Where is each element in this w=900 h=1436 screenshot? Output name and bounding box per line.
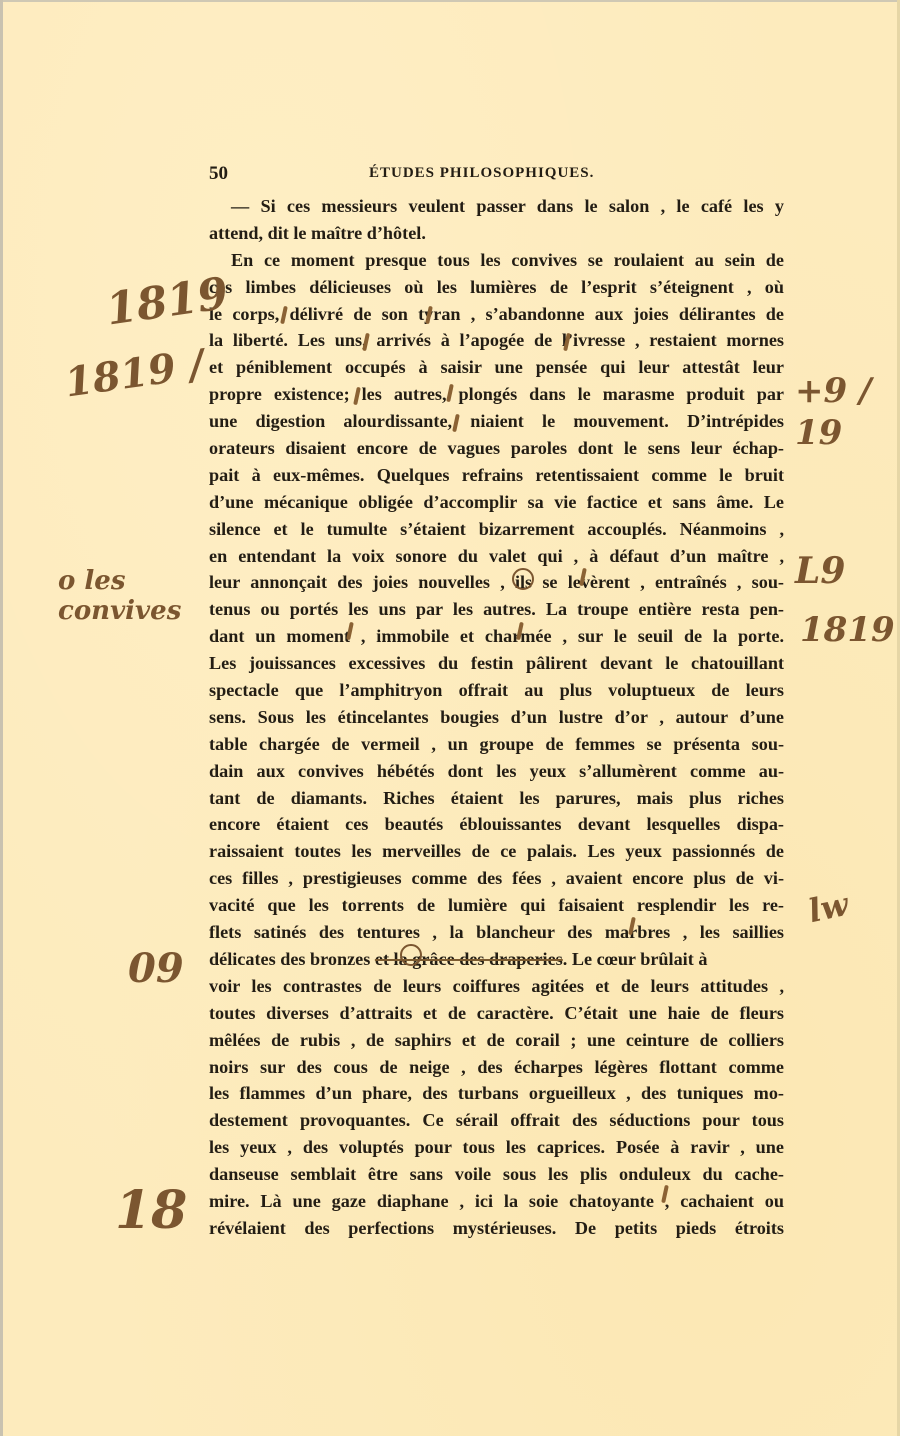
text-line: les flammes d’un phare, des turbans orgu… [209, 1080, 784, 1107]
text-line: flets satinés des tentures , la blancheu… [209, 919, 784, 946]
text-line: les yeux , des voluptés pour tous les ca… [209, 1134, 784, 1161]
text-line: orateurs disaient encore de vagues parol… [209, 435, 784, 462]
text-line: tant de diamants. Riches étaient les par… [209, 785, 784, 812]
margin-note-left: 09 [128, 945, 184, 992]
text-line: spectacle que l’amphitryon offrait au pl… [209, 677, 784, 704]
text-line: d’une mécanique obligée d’accomplir sa v… [209, 489, 784, 516]
text-line: leur annonçait des joies nouvelles , ils… [209, 569, 784, 596]
margin-note-left: 1819 / [62, 341, 207, 407]
margin-note-left: o les convives [58, 566, 188, 626]
text-line: tenus ou portés les uns par les autres. … [209, 596, 784, 623]
margin-note-right: 1819 [800, 610, 895, 650]
text-line: table chargée de vermeil , un groupe de … [209, 731, 784, 758]
text-line: vacité que les torrents de lumière qui f… [209, 892, 784, 919]
margin-note-right: +9 / 19 [795, 370, 875, 454]
text-line: — Si ces messieurs veulent passer dans l… [209, 193, 784, 220]
page-header: 50 ÉTUDES PHILOSOPHIQUES. [209, 163, 784, 189]
text-line: danseuse semblait être sans voile sous l… [209, 1161, 784, 1188]
text-line: destement provoquantes. Ce sérail offrai… [209, 1107, 784, 1134]
text-line: pait à eux-mêmes. Quelques refrains rete… [209, 462, 784, 489]
text-line: noirs sur des cous de neige , des écharp… [209, 1054, 784, 1081]
text-line: ces filles , prestigieuses comme des fée… [209, 865, 784, 892]
margin-note-right: L9 [795, 550, 845, 592]
text-line: mêlées de rubis , de saphirs et de corai… [209, 1027, 784, 1054]
body-text: — Si ces messieurs veulent passer dans l… [209, 193, 784, 1242]
text-line: voir les contrastes de leurs coiffures a… [209, 973, 784, 1000]
text-line: encore étaient ces beautés éblouissantes… [209, 811, 784, 838]
text-line: la liberté. Les uns, arrivés à l’apogée … [209, 327, 784, 354]
text-line: silence et le tumulte s’étaient bizarrem… [209, 516, 784, 543]
page-number: 50 [209, 163, 228, 185]
text-line: le corps, délivré de son tyran , s’aband… [209, 301, 784, 328]
text-line: et péniblement occupés à saisir une pens… [209, 354, 784, 381]
margin-note-left: 18 [115, 1180, 187, 1241]
text-line: dant un moment , immobile et charmée , s… [209, 623, 784, 650]
page-edge-left [0, 0, 3, 1436]
text-line: dain aux convives hébétés dont les yeux … [209, 758, 784, 785]
text-line: propre existence; les autres, plongés da… [209, 381, 784, 408]
text-line-with-strikeout: délicates des bronzes et la grâce des dr… [209, 946, 784, 973]
circle-mark [400, 944, 422, 966]
text-line: une digestion alourdissante, niaient le … [209, 408, 784, 435]
text-line: attend, dit le maître d’hôtel. [209, 220, 784, 247]
running-title: ÉTUDES PHILOSOPHIQUES. [369, 165, 594, 182]
text-line: mire. Là une gaze diaphane , ici la soie… [209, 1188, 784, 1215]
text-line: ces limbes délicieuses où les lumières d… [209, 274, 784, 301]
text-line: sens. Sous les étincelantes bougies d’un… [209, 704, 784, 731]
text-line: toutes diverses d’attraits et de caractè… [209, 1000, 784, 1027]
text-line: révélaient des perfections mystérieuses.… [209, 1215, 784, 1242]
text-line: Les jouissances excessives du festin pâl… [209, 650, 784, 677]
circle-mark [512, 568, 534, 590]
text-line: raissaient toutes les merveilles de ce p… [209, 838, 784, 865]
text-line: En ce moment presque tous les convives s… [209, 247, 784, 274]
text-line: en entendant la voix sonore du valet qui… [209, 543, 784, 570]
page-edge-top [0, 0, 900, 2]
margin-note-right: lw [805, 885, 852, 930]
